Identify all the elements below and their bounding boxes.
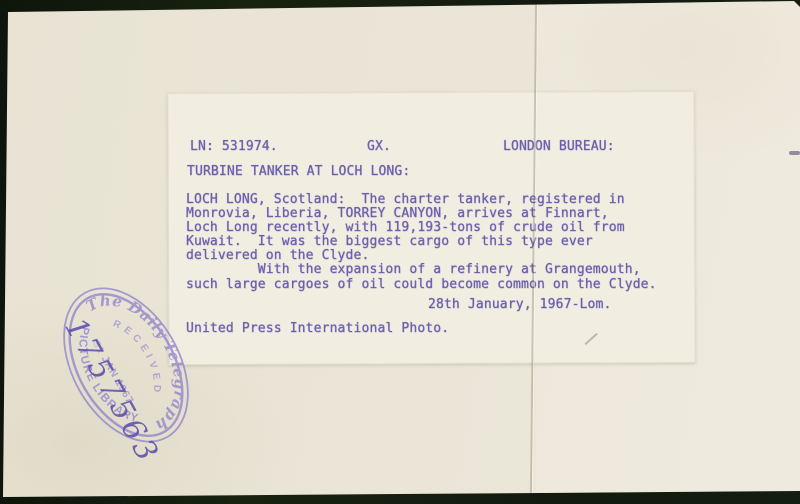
scan-background: LN: 531974. GX. LONDON BUREAU: TURBINE T… [0, 0, 800, 504]
caption-body: LOCH LONG, Scotland: The charter tanker,… [186, 193, 657, 292]
agency-credit: United Press International Photo. [186, 322, 449, 336]
edge-ink-smudge [789, 151, 800, 155]
wire-code: GX. [367, 140, 391, 154]
dateline: 28th January, 1967-Lom. [428, 298, 611, 312]
bureau-label: LONDON BUREAU: [503, 140, 615, 154]
caption-headline: TURBINE TANKER AT LOCH LONG: [187, 165, 410, 179]
reference-number: LN: 531974. [190, 140, 278, 154]
photo-caption-card: LN: 531974. GX. LONDON BUREAU: TURBINE T… [0, 0, 800, 504]
